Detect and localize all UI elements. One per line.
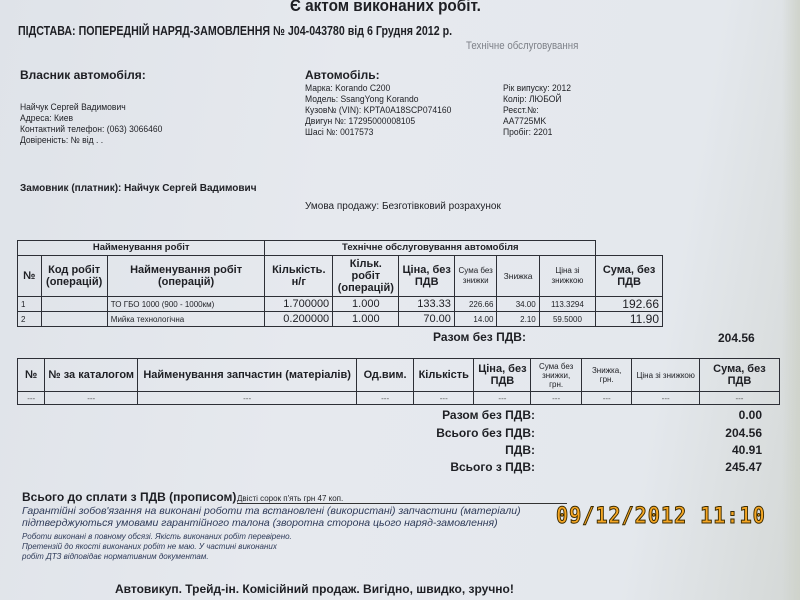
works-header-row: № Код робіт (операцій) Найменування робі… [18, 256, 663, 297]
total-with-vat-value: 245.47 [725, 460, 762, 474]
parts-header-row: № № за каталогом Найменування запчастин … [18, 359, 780, 392]
car-details: Марка: Korando C200 Модель: SsangYong Ko… [305, 83, 451, 138]
service-type: Технічне обслуговування [466, 40, 578, 52]
table-row: 2 Мийка технологічна 0.200000 1.000 70.0… [18, 312, 663, 327]
owner-heading: Власник автомобіля: [20, 68, 146, 82]
sale-terms: Умова продажу: Безготівковий розрахунок [305, 201, 501, 212]
car-model: Модель: SsangYong Korando [305, 94, 451, 105]
col-discount: Знижка [497, 256, 539, 297]
col-sum: Сума, без ПДВ [596, 256, 663, 297]
parts-table: № № за каталогом Найменування запчастин … [17, 358, 780, 405]
car-color: Колір: ЛЮБОЙ [503, 94, 571, 105]
car-chassis: Шасі №: 0017573 [305, 127, 451, 138]
completion-note: Роботи виконані в повному обсязі. Якість… [22, 532, 292, 562]
owner-phone: Контактний телефон: (063) 3066460 [20, 124, 162, 135]
car-year: Рік випуску: 2012 [503, 83, 571, 94]
car-details-right: Рік випуску: 2012 Колір: ЛЮБОЙ Реєст.№: … [503, 83, 571, 138]
col-discounted-price: Ціна зі знижкою [539, 256, 595, 297]
col-work-count: Кільк. робіт (операцій) [333, 256, 399, 297]
parts-total-label: Разом без ПДВ: [442, 408, 535, 422]
parts-col-sum-no-discount: Сума без знижки, грн. [531, 359, 582, 392]
amount-in-words-value: Двісті сорок п'ять грн 47 коп. [237, 494, 567, 504]
warranty-note: Гарантійні зобов'язання на виконані робо… [22, 505, 567, 529]
parts-col-catalog: № за каталогом [45, 359, 138, 392]
works-total-value: 204.56 [718, 331, 755, 345]
car-reg-label: Реєст.№: [503, 105, 571, 116]
works-table: Найменування робіт Технічне обслуговуван… [17, 240, 663, 327]
table-row: 1 ТО ГБО 1000 (900 - 1000км) 1.700000 1.… [18, 297, 663, 312]
total-no-vat-value: 204.56 [725, 426, 762, 440]
works-group-service: Технічне обслуговування автомобіля [265, 241, 596, 256]
total-with-vat-label: Всього з ПДВ: [450, 460, 535, 474]
amount-in-words-label: Всього до сплати з ПДВ (прописом) [22, 490, 236, 504]
parts-col-price: Ціна, без ПДВ [474, 359, 531, 392]
works-total-label: Разом без ПДВ: [433, 330, 526, 344]
parts-col-number: № [18, 359, 45, 392]
customer: Замовник (платник): Найчук Сергей Вадимо… [20, 183, 257, 194]
car-make: Марка: Korando C200 [305, 83, 451, 94]
parts-col-qty: Кількість [414, 359, 474, 392]
parts-col-name: Найменування запчастин (матеріалів) [138, 359, 357, 392]
owner-details: Найчук Сергей Вадимович Адреса: Киев Кон… [20, 102, 162, 146]
document-basis: ПІДСТАВА: ПОПЕРЕДНІЙ НАРЯД-ЗАМОВЛЕННЯ № … [18, 23, 452, 38]
vat-label: ПДВ: [505, 443, 535, 457]
table-row: --- --- --- --- --- --- --- --- --- --- [18, 392, 780, 405]
works-group-header-row: Найменування робіт Технічне обслуговуван… [18, 241, 663, 256]
paper-edge [782, 0, 800, 600]
owner-address: Адреса: Киев [20, 113, 162, 124]
owner-power-of-attorney: Довіреність: № від . . [20, 135, 162, 146]
parts-col-sum: Сума, без ПДВ [699, 359, 779, 392]
car-heading: Автомобіль: [305, 68, 380, 82]
camera-timestamp: 09/12/2012 11:10 [556, 504, 766, 529]
parts-total-value: 0.00 [739, 408, 762, 422]
col-number: № [18, 256, 42, 297]
owner-name: Найчук Сергей Вадимович [20, 102, 162, 113]
parts-col-discounted-price: Ціна зі знижкою [632, 359, 699, 392]
parts-col-unit: Од.вим. [357, 359, 414, 392]
col-hours: Кількість. н/г [265, 256, 333, 297]
col-price: Ціна, без ПДВ [399, 256, 454, 297]
car-engine: Двигун №: 17295000008105 [305, 116, 451, 127]
col-work-name: Найменування робіт (операцій) [107, 256, 265, 297]
car-vin: Кузов№ (VIN): KPTA0A18SCP074160 [305, 105, 451, 116]
slogan: Автовикуп. Трейд-ін. Комісійний продаж. … [115, 582, 514, 596]
works-group-name: Найменування робіт [18, 241, 265, 256]
parts-col-discount: Знижка, грн. [581, 359, 632, 392]
total-no-vat-label: Всього без ПДВ: [436, 426, 535, 440]
car-mileage: Пробіг: 2201 [503, 127, 571, 138]
vat-value: 40.91 [732, 443, 762, 457]
car-reg-number: AA7725MK [503, 116, 571, 127]
document-title: Є актом виконаних робіт. [290, 0, 481, 16]
col-work-code: Код робіт (операцій) [41, 256, 107, 297]
col-sum-no-discount: Сума без знижки [454, 256, 496, 297]
